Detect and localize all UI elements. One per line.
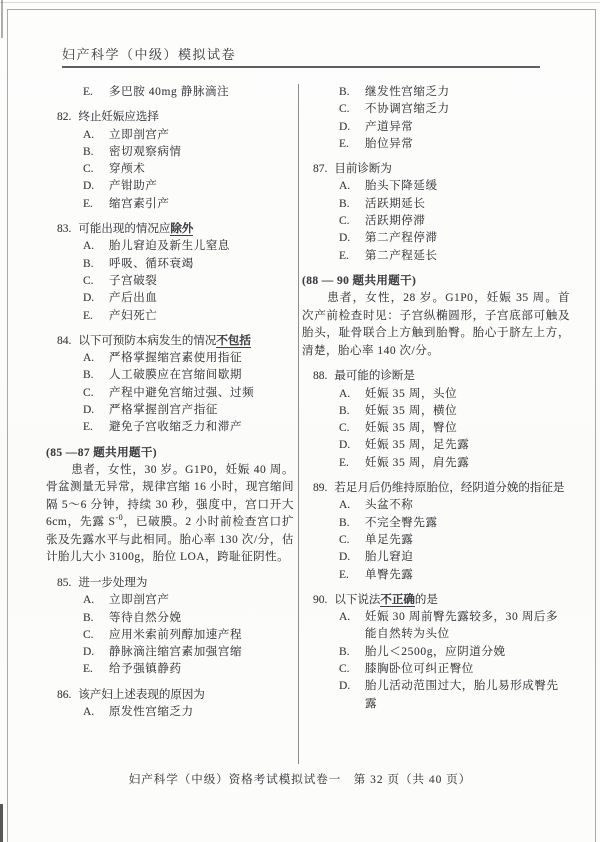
question-stem: 82.终止妊娠应选择 <box>46 109 294 126</box>
option-text: 活跃期停滞 <box>365 213 570 230</box>
page-footer: 妇产科学（中级）资格考试模拟试卷一 第 32 页（共 40 页） <box>0 771 600 787</box>
option-text: 胎位异常 <box>365 136 570 153</box>
question-text: 该产妇上述表现的原因为 <box>78 689 205 701</box>
option-item: E.胎位异常 <box>302 136 570 153</box>
option-letter: A. <box>83 127 109 144</box>
option-text: 第二产程停滞 <box>365 230 570 247</box>
question-number: 85. <box>57 577 71 589</box>
option-text: 产程中避免宫缩过强、过频 <box>109 385 294 402</box>
shared-stem-paragraph: 患者，女性，28 岁。G1P0，妊娠 35 周。首次产前检查时见：子宫纵椭圆形，… <box>302 290 570 360</box>
emphasized-term: 除外 <box>170 223 193 236</box>
question-number: 89. <box>313 482 327 494</box>
option-text: 应用米索前列醇加速产程 <box>109 627 294 644</box>
option-text: 妊娠 30 周前臀先露较多，30 周后多能自然转为头位 <box>365 609 570 644</box>
question-stem: 84.以下可预防本病发生的情况不包括 <box>46 333 294 350</box>
question-number: 82. <box>57 111 71 123</box>
option-letter: E. <box>83 419 109 436</box>
text-run: 等待自然分娩 <box>109 612 182 624</box>
option-text: 产妇死亡 <box>109 308 294 325</box>
option-item: C.妊娠 35 周，臀位 <box>302 420 570 437</box>
text-run: 的是 <box>415 594 438 606</box>
option-text: 膝胸卧位可纠正臀位 <box>365 661 570 678</box>
page-header-title: 妇产科学（中级）模拟试卷 <box>62 44 236 63</box>
text-run: 避免子宫收缩乏力和滞产 <box>109 421 242 433</box>
option-text: 给予强镇静药 <box>109 661 294 678</box>
question-stem: 87.目前诊断为 <box>302 161 570 178</box>
emphasized-term: 不包括 <box>216 335 251 348</box>
text-run: 立即剖宫产 <box>109 129 170 141</box>
option-text: 胎儿窘迫及新生儿窒息 <box>109 238 294 255</box>
text-run: 静脉滴注缩宫素加强宫缩 <box>109 646 242 658</box>
shared-stem-paragraph: 患者，女性，30 岁。G1P0，妊娠 40 周。骨盆测量无异常，规律宫缩 16 … <box>46 462 294 567</box>
option-text: 妊娠 35 周，头位 <box>365 386 570 403</box>
option-text: 胎头下降延缓 <box>365 178 570 195</box>
text-run: 胎儿窘迫 <box>365 551 413 563</box>
text-run: 产程中避免宫缩过强、过频 <box>109 387 254 399</box>
question-number: 83. <box>57 223 71 235</box>
text-run: 若足月后仍维持原胎位，经阴道分娩的指征是 <box>334 482 564 494</box>
option-text: 胎儿窘迫 <box>365 549 570 566</box>
text-run: 头盆不称 <box>365 499 413 511</box>
text-run: 活跃期停滞 <box>365 215 426 227</box>
text-run: 妊娠 35 周，臀位 <box>365 422 457 434</box>
option-item: B.妊娠 35 周，横位 <box>302 403 570 420</box>
question-number: 87. <box>313 163 327 175</box>
option-item: C.产程中避免宫缩过强、过频 <box>46 385 294 402</box>
text-run: 终止妊娠应选择 <box>78 111 159 123</box>
option-text: 单臀先露 <box>365 567 570 584</box>
text-run: 妊娠 35 周，横位 <box>365 405 457 417</box>
text-run: 胎儿＜2500g，应阴道分娩 <box>365 646 506 658</box>
option-item: C.膝胸卧位可纠正臀位 <box>302 661 570 678</box>
option-item: E.妊娠 35 周，肩先露 <box>302 455 570 472</box>
text-run: 产道异常 <box>365 121 413 133</box>
option-text: 第二产程延长 <box>365 248 570 265</box>
question-number: 86. <box>57 689 71 701</box>
text-run: 妊娠 35 周，肩先露 <box>365 457 469 469</box>
option-item: E.给予强镇静药 <box>46 661 294 678</box>
option-text: 不协调宫缩乏力 <box>365 101 570 118</box>
text-run: 给予强镇静药 <box>109 663 182 675</box>
text-run: 产钳助产 <box>109 180 157 192</box>
option-item: B.不完全臀先露 <box>302 515 570 532</box>
text-run: 妊娠 35 周，足先露 <box>365 439 469 451</box>
option-text: 穿颅术 <box>109 161 294 178</box>
text-run: 单臀先露 <box>365 569 413 581</box>
option-text: 妊娠 35 周，足先露 <box>365 437 570 454</box>
option-letter: B. <box>83 144 109 161</box>
option-letter: A. <box>339 386 365 403</box>
option-letter: D. <box>83 178 109 195</box>
text-run: 膝胸卧位可纠正臀位 <box>365 663 474 675</box>
question-block-88: 88.最可能的诊断是A.妊娠 35 周，头位B.妊娠 35 周，横位C.妊娠 3… <box>302 368 570 472</box>
option-item: E.避免子宫收缩乏力和滞产 <box>46 419 294 436</box>
option-item: A.胎儿窘迫及新生儿窒息 <box>46 238 294 255</box>
shared-stem-block: (88 — 90 题共用题干)患者，女性，28 岁。G1P0，妊娠 35 周。首… <box>302 273 570 360</box>
text-run: 该产妇上述表现的原因为 <box>78 689 205 701</box>
question-text: 终止妊娠应选择 <box>78 111 159 123</box>
question-block-84: 84.以下可预防本病发生的情况不包括A.严格掌握缩宫素使用指征B.人工破膜应在宫… <box>46 333 294 437</box>
text-run: 胎儿活动范围过大，胎儿易形成臀先露 <box>365 680 559 709</box>
text-run: 患者，女性，28 岁。G1P0，妊娠 35 周。首次产前检查时见：子宫纵椭圆形，… <box>302 292 570 357</box>
option-letter: E. <box>83 661 109 678</box>
option-item: D.静脉滴注缩宫素加强宫缩 <box>46 644 294 661</box>
option-text: 人工破膜应在宫缩间歇期 <box>109 367 294 384</box>
option-text: 等待自然分娩 <box>109 610 294 627</box>
option-text: 立即剖宫产 <box>109 127 294 144</box>
text-run: 立即剖宫产 <box>109 594 170 606</box>
option-item: C.穿颅术 <box>46 161 294 178</box>
text-run: 产妇死亡 <box>109 310 157 322</box>
option-letter: B. <box>83 610 109 627</box>
option-text: 妊娠 35 周，臀位 <box>365 420 570 437</box>
question-block-87: 87.目前诊断为A.胎头下降延缓B.活跃期延长C.活跃期停滞D.第二产程停滞E.… <box>302 161 570 265</box>
option-item: B.等待自然分娩 <box>46 610 294 627</box>
option-text: 原发性宫缩乏力 <box>109 704 294 721</box>
text-run: 缩宫素引产 <box>109 198 170 210</box>
option-letter: D. <box>339 549 365 566</box>
option-letter: A. <box>339 609 365 644</box>
option-text: 静脉滴注缩宫素加强宫缩 <box>109 644 294 661</box>
option-text: 产后出血 <box>109 290 294 307</box>
text-run: 第二产程延长 <box>365 250 438 262</box>
option-text: 呼吸、循环衰竭 <box>109 256 294 273</box>
option-text: 不完全臀先露 <box>365 515 570 532</box>
text-run: 第二产程停滞 <box>365 232 438 244</box>
option-letter: B. <box>339 196 365 213</box>
question-stem: 90.以下说法不正确的是 <box>302 592 570 609</box>
option-letter: C. <box>339 420 365 437</box>
option-letter: E. <box>83 84 109 101</box>
option-item: C.子宫破裂 <box>46 273 294 290</box>
question-block-89: 89.若足月后仍维持原胎位，经阴道分娩的指征是A.头盆不称B.不完全臀先露C.单… <box>302 480 570 584</box>
option-letter: A. <box>83 704 109 721</box>
option-letter: B. <box>339 644 365 661</box>
option-text: 严格掌握剖宫产指征 <box>109 402 294 419</box>
option-item: B.继发性宫缩乏力 <box>302 84 570 101</box>
option-item: A.原发性宫缩乏力 <box>46 704 294 721</box>
option-item: A.妊娠 30 周前臀先露较多，30 周后多能自然转为头位 <box>302 609 570 644</box>
option-item: B.呼吸、循环衰竭 <box>46 256 294 273</box>
option-letter: A. <box>339 497 365 514</box>
options-continuation: E.多巴胺 40mg 静脉滴注 <box>46 84 294 101</box>
option-item: D.胎儿窘迫 <box>302 549 570 566</box>
text-run: 妊娠 35 周，头位 <box>365 388 457 400</box>
option-item: E.单臀先露 <box>302 567 570 584</box>
option-letter: E. <box>83 308 109 325</box>
question-text: 以下说法不正确的是 <box>334 594 438 607</box>
option-letter: A. <box>83 238 109 255</box>
option-letter: A. <box>83 592 109 609</box>
option-item: C.单足先露 <box>302 532 570 549</box>
text-run: 胎儿窘迫及新生儿窒息 <box>109 240 230 252</box>
option-item: D.胎儿活动范围过大，胎儿易形成臀先露 <box>302 678 570 713</box>
question-stem: 86.该产妇上述表现的原因为 <box>46 687 294 704</box>
text-run: 呼吸、循环衰竭 <box>109 258 194 270</box>
scan-artifact <box>0 804 3 842</box>
scan-artifact <box>0 2 600 3</box>
text-run: 不完全臀先露 <box>365 517 438 529</box>
question-block-85: 85.进一步处理为A.立即剖宫产B.等待自然分娩C.应用米索前列醇加速产程D.静… <box>46 575 294 679</box>
option-item: D.严格掌握剖宫产指征 <box>46 402 294 419</box>
option-item: D.第二产程停滞 <box>302 230 570 247</box>
question-text: 目前诊断为 <box>334 163 392 175</box>
option-item: B.活跃期延长 <box>302 196 570 213</box>
option-text: 头盆不称 <box>365 497 570 514</box>
text-run: 穿颅术 <box>109 163 145 175</box>
option-item: A.立即剖宫产 <box>46 592 294 609</box>
option-item: E.产妇死亡 <box>46 308 294 325</box>
option-letter: E. <box>339 136 365 153</box>
question-text: 以下可预防本病发生的情况不包括 <box>78 335 251 348</box>
text-run: 产后出血 <box>109 292 157 304</box>
option-letter: D. <box>339 678 365 713</box>
options-continuation: B.继发性宫缩乏力C.不协调宫缩乏力D.产道异常E.胎位异常 <box>302 84 570 153</box>
option-item: D.妊娠 35 周，足先露 <box>302 437 570 454</box>
option-letter: B. <box>339 84 365 101</box>
question-block-83: 83.可能出现的情况应除外A.胎儿窘迫及新生儿窒息B.呼吸、循环衰竭C.子宫破裂… <box>46 221 294 325</box>
shared-stem-title: (88 — 90 题共用题干) <box>302 273 570 290</box>
question-stem: 88.最可能的诊断是 <box>302 368 570 385</box>
option-letter: D. <box>83 290 109 307</box>
option-item: C.不协调宫缩乏力 <box>302 101 570 118</box>
option-letter: B. <box>83 256 109 273</box>
option-text: 避免子宫收缩乏力和滞产 <box>109 419 294 436</box>
text-run: 活跃期延长 <box>365 198 426 210</box>
option-text: 单足先露 <box>365 532 570 549</box>
option-item: D.产后出血 <box>46 290 294 307</box>
option-letter: A. <box>83 350 109 367</box>
text-run: 单足先露 <box>365 534 413 546</box>
question-number: 84. <box>57 335 71 347</box>
option-text: 多巴胺 40mg 静脉滴注 <box>109 84 294 101</box>
option-letter: D. <box>339 437 365 454</box>
option-text: 严格掌握缩宫素使用指征 <box>109 350 294 367</box>
option-letter: D. <box>339 119 365 136</box>
question-block-90: 90.以下说法不正确的是A.妊娠 30 周前臀先露较多，30 周后多能自然转为头… <box>302 592 570 713</box>
text-run: 子宫破裂 <box>109 275 157 287</box>
option-letter: B. <box>339 515 365 532</box>
option-letter: D. <box>339 230 365 247</box>
text-run: 密切观察病情 <box>109 146 182 158</box>
question-block-82: 82.终止妊娠应选择A.立即剖宫产B.密切观察病情C.穿颅术D.产钳助产E.缩宫… <box>46 109 294 213</box>
option-letter: D. <box>83 402 109 419</box>
option-item: C.应用米索前列醇加速产程 <box>46 627 294 644</box>
option-text: 活跃期延长 <box>365 196 570 213</box>
text-run: 严格掌握缩宫素使用指征 <box>109 352 242 364</box>
option-text: 妊娠 35 周，肩先露 <box>365 455 570 472</box>
superscript-text: -0 <box>115 514 123 523</box>
option-text: 子宫破裂 <box>109 273 294 290</box>
option-letter: C. <box>83 627 109 644</box>
shared-stem-title: (85 —87 题共用题干) <box>46 445 294 462</box>
text-run: 继发性宫缩乏力 <box>365 86 450 98</box>
option-item: E.缩宫素引产 <box>46 196 294 213</box>
option-item: E.第二产程延长 <box>302 248 570 265</box>
option-text: 胎儿＜2500g，应阴道分娩 <box>365 644 570 661</box>
option-text: 产钳助产 <box>109 178 294 195</box>
option-item: A.妊娠 35 周，头位 <box>302 386 570 403</box>
emphasized-term: 不正确 <box>380 594 415 607</box>
option-item: C.活跃期停滞 <box>302 213 570 230</box>
option-letter: C. <box>83 161 109 178</box>
question-stem: 89.若足月后仍维持原胎位，经阴道分娩的指征是 <box>302 480 570 497</box>
text-run: 胎头下降延缓 <box>365 180 438 192</box>
option-letter: E. <box>83 196 109 213</box>
question-text: 若足月后仍维持原胎位，经阴道分娩的指征是 <box>334 482 564 494</box>
shared-stem-block: (85 —87 题共用题干)患者，女性，30 岁。G1P0，妊娠 40 周。骨盆… <box>46 445 294 567</box>
option-letter: C. <box>339 213 365 230</box>
option-letter: E. <box>339 455 365 472</box>
option-text: 缩宫素引产 <box>109 196 294 213</box>
text-run: 妊娠 30 周前臀先露较多，30 周后多能自然转为头位 <box>365 611 558 640</box>
option-letter: C. <box>339 661 365 678</box>
option-letter: B. <box>83 367 109 384</box>
option-item: D.产钳助产 <box>46 178 294 195</box>
text-run: 严格掌握剖宫产指征 <box>109 404 218 416</box>
text-run: 不协调宫缩乏力 <box>365 103 450 115</box>
option-letter: C. <box>83 385 109 402</box>
option-text: 立即剖宫产 <box>109 592 294 609</box>
option-letter: C. <box>339 532 365 549</box>
option-item: D.产道异常 <box>302 119 570 136</box>
text-run: 目前诊断为 <box>334 163 392 175</box>
option-item: B.人工破膜应在宫缩间歇期 <box>46 367 294 384</box>
option-letter: E. <box>339 567 365 584</box>
option-text: 产道异常 <box>365 119 570 136</box>
text-run: 最可能的诊断是 <box>334 370 415 382</box>
option-item: A.立即剖宫产 <box>46 127 294 144</box>
scan-artifact <box>1 0 3 38</box>
question-number: 90. <box>313 594 327 606</box>
question-number: 88. <box>313 370 327 382</box>
header-rule <box>62 66 540 68</box>
text-run: 原发性宫缩乏力 <box>109 706 194 718</box>
text-run: 以下说法 <box>334 594 380 606</box>
question-stem: 83.可能出现的情况应除外 <box>46 221 294 238</box>
option-item: B.胎儿＜2500g，应阴道分娩 <box>302 644 570 661</box>
option-item: B.密切观察病情 <box>46 144 294 161</box>
column-right: B.继发性宫缩乏力C.不协调宫缩乏力D.产道异常E.胎位异常87.目前诊断为A.… <box>302 84 570 721</box>
option-text: 密切观察病情 <box>109 144 294 161</box>
option-item: A.严格掌握缩宫素使用指征 <box>46 350 294 367</box>
option-letter: C. <box>83 273 109 290</box>
option-item: E.多巴胺 40mg 静脉滴注 <box>46 84 294 101</box>
column-left: E.多巴胺 40mg 静脉滴注82.终止妊娠应选择A.立即剖宫产B.密切观察病情… <box>46 84 294 721</box>
text-run: 进一步处理为 <box>78 577 147 589</box>
option-letter: C. <box>339 101 365 118</box>
option-text: 妊娠 35 周，横位 <box>365 403 570 420</box>
question-text: 可能出现的情况应除外 <box>78 223 193 236</box>
question-text: 进一步处理为 <box>78 577 147 589</box>
option-text: 胎儿活动范围过大，胎儿易形成臀先露 <box>365 678 570 713</box>
text-run: 应用米索前列醇加速产程 <box>109 629 242 641</box>
option-item: A.头盆不称 <box>302 497 570 514</box>
option-text: 继发性宫缩乏力 <box>365 84 570 101</box>
option-letter: B. <box>339 403 365 420</box>
question-block-86: 86.该产妇上述表现的原因为A.原发性宫缩乏力 <box>46 687 294 722</box>
exam-content: E.多巴胺 40mg 静脉滴注82.终止妊娠应选择A.立即剖宫产B.密切观察病情… <box>46 84 570 721</box>
text-run: 胎位异常 <box>365 138 413 150</box>
option-letter: A. <box>339 178 365 195</box>
option-letter: D. <box>83 644 109 661</box>
option-item: A.胎头下降延缓 <box>302 178 570 195</box>
question-stem: 85.进一步处理为 <box>46 575 294 592</box>
text-run: 以下可预防本病发生的情况 <box>78 335 216 347</box>
text-run: 人工破膜应在宫缩间歇期 <box>109 369 242 381</box>
option-letter: E. <box>339 248 365 265</box>
question-text: 最可能的诊断是 <box>334 370 415 382</box>
text-run: 可能出现的情况应 <box>78 223 170 235</box>
text-run: 多巴胺 40mg 静脉滴注 <box>109 86 229 98</box>
